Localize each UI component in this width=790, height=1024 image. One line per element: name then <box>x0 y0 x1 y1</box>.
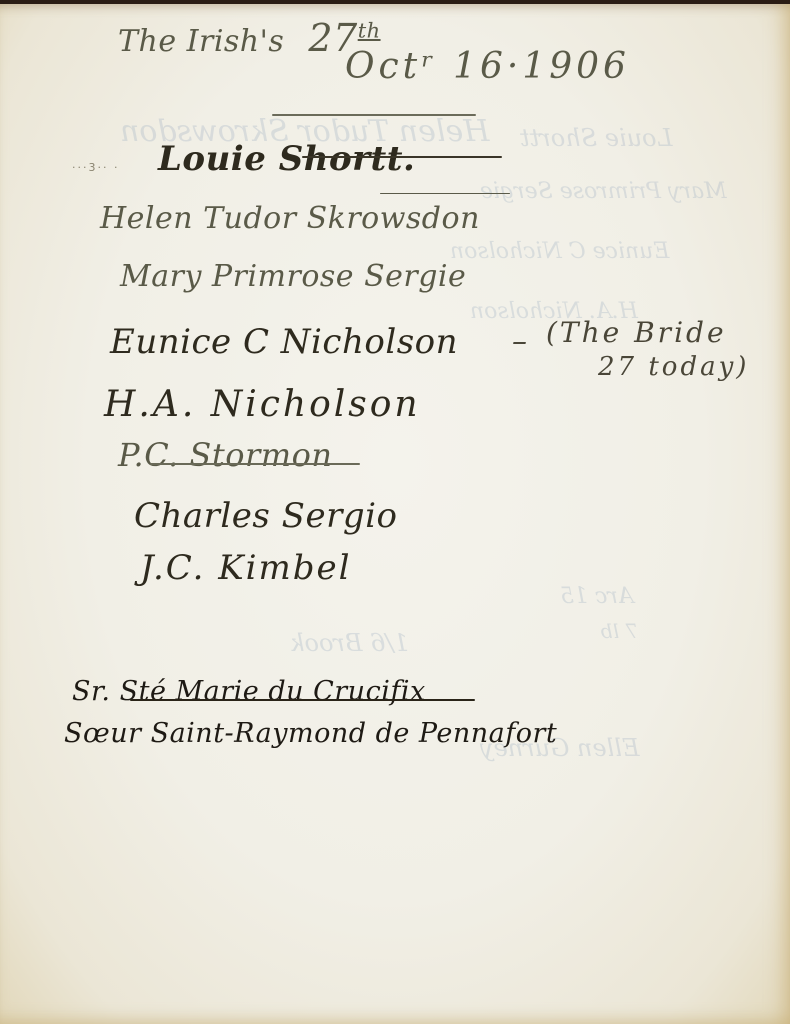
header-date: Octʳ 16·1906 <box>345 46 630 87</box>
show-through-text: Mary Primrose Sergie <box>480 179 727 204</box>
footer-signature-1: Sr. Sté Marie du Crucifix <box>72 676 426 707</box>
signature-2: Helen Tudor Skrowsdon <box>100 201 480 236</box>
header-divider <box>272 114 476 116</box>
show-through-text: Arc 15 <box>560 584 634 609</box>
signature-1: Louie Shortt. <box>158 139 415 179</box>
signature-flourish <box>302 156 502 158</box>
signature-3: Mary Primrose Sergie <box>120 259 466 294</box>
margin-marks: ···3·· · <box>72 161 119 174</box>
show-through-text: Eunice C Nicholson <box>450 239 669 264</box>
signature-8: J.C. Kimbel <box>140 548 352 588</box>
signature-flourish <box>380 193 510 194</box>
show-through-text: 7 lb <box>600 619 638 643</box>
header-day-suffix: th <box>358 18 381 42</box>
signature-4: Eunice C Nicholson <box>110 322 458 362</box>
bride-annotation-line2: 27 today) <box>598 352 749 382</box>
guestbook-page: Helen Tudor Skrowsdon Louie Shortt Mary … <box>0 4 790 1024</box>
bride-annotation-line1: (The Bride <box>546 316 727 349</box>
footer-signature-2: Sœur Saint-Raymond de Pennafort <box>64 718 557 749</box>
signature-6: P.C. Stormon <box>118 436 332 474</box>
header-title: The Irish's <box>118 24 284 59</box>
signature-7: Charles Sergio <box>134 496 397 536</box>
header-line: The Irish's 27th <box>118 16 381 60</box>
show-through-text: 1/6 Brook <box>290 629 409 657</box>
signature-5: H.A. Nicholson <box>104 384 421 425</box>
footer-signature-underline <box>130 699 475 701</box>
signature-strikethrough <box>150 463 360 465</box>
bride-annotation-dash: – <box>512 324 527 359</box>
show-through-text: Louie Shortt <box>520 124 672 152</box>
